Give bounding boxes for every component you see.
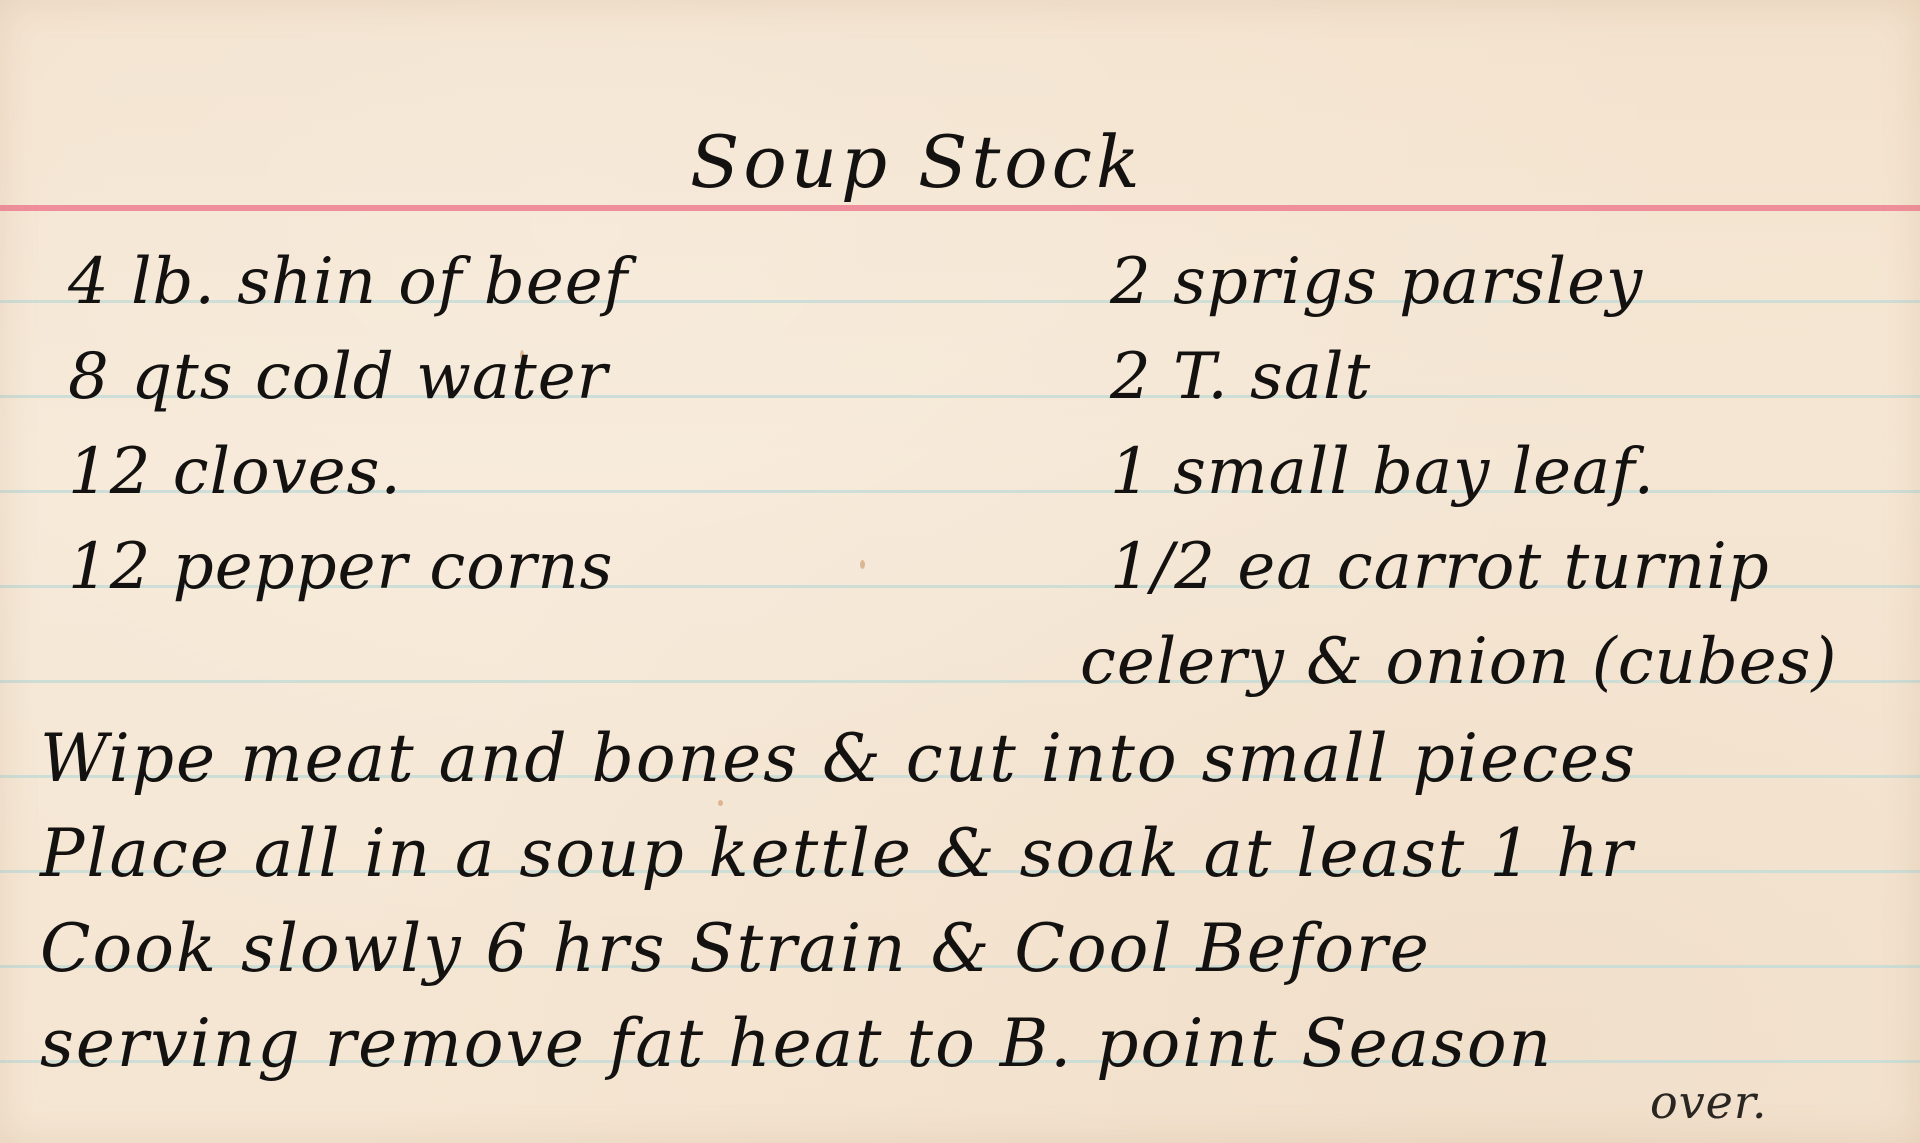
ingredient-left-2: 8 qts cold water <box>68 340 608 414</box>
method-line-2: Place all in a soup kettle & soak at lea… <box>40 815 1634 892</box>
ingredient-right-3: 1 small bay leaf. <box>1110 435 1655 509</box>
recipe-title: Soup Stock <box>690 120 1144 204</box>
ingredient-right-1: 2 sprigs parsley <box>1110 245 1643 319</box>
red-header-rule <box>0 205 1920 211</box>
ingredient-right-5: celery & onion (cubes) <box>1080 625 1837 699</box>
paper-speck <box>860 560 865 569</box>
over-note: over. <box>1650 1075 1767 1129</box>
method-line-4: serving remove fat heat to B. point Seas… <box>40 1005 1553 1082</box>
method-line-1: Wipe meat and bones & cut into small pie… <box>40 720 1637 797</box>
ingredient-right-4: 1/2 ea carrot turnip <box>1110 530 1770 604</box>
paper-speck <box>718 800 723 806</box>
recipe-card: Soup Stock 4 lb. shin of beef 8 qts cold… <box>0 0 1920 1143</box>
ingredient-left-1: 4 lb. shin of beef <box>68 245 628 319</box>
ingredient-right-2: 2 T. salt <box>1110 340 1371 414</box>
ingredient-left-4: 12 pepper corns <box>68 530 613 604</box>
method-line-3: Cook slowly 6 hrs Strain & Cool Before <box>40 910 1431 987</box>
ingredient-left-3: 12 cloves. <box>68 435 402 509</box>
